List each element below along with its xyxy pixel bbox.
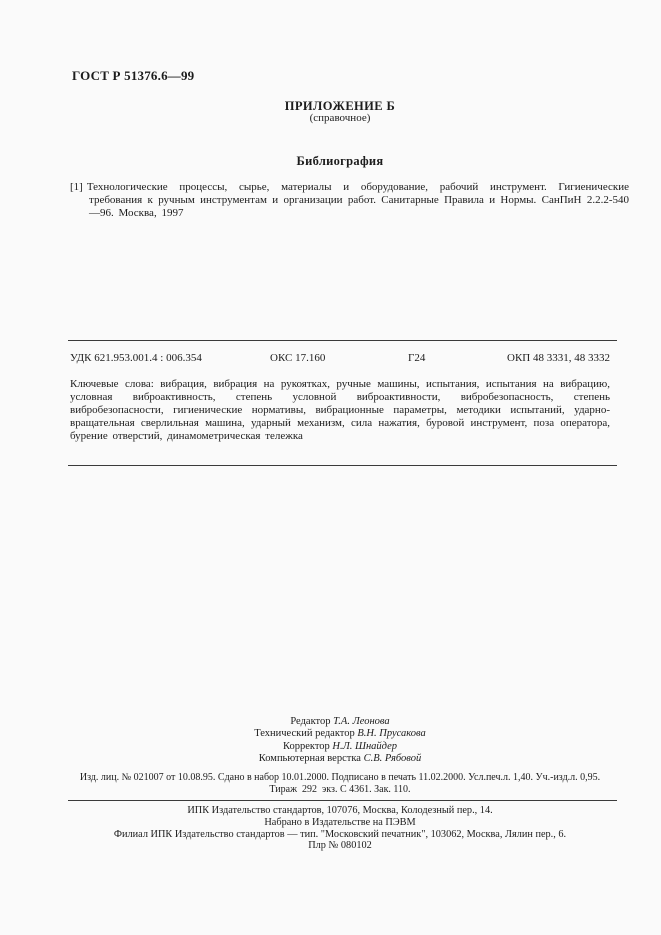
credits-block: Редактор Т.А. Леонова Технический редакт…	[70, 716, 610, 765]
credit-role: Редактор	[290, 716, 330, 727]
oks-code: ОКС 17.160	[270, 352, 325, 364]
publisher-branch: Филиал ИПК Издательство стандартов — тип…	[60, 829, 620, 841]
publisher-plr-number: Плр № 080102	[60, 840, 620, 852]
imprint-line-2: Тираж 292 экз. С 4361. Зак. 110.	[60, 784, 620, 796]
credit-role: Корректор	[283, 741, 330, 752]
publisher-block: ИПК Издательство стандартов, 107076, Мос…	[60, 805, 620, 852]
imprint-block: Изд. лиц. № 021007 от 10.08.95. Сдано в …	[60, 772, 620, 795]
bibliography-heading: Библиография	[70, 154, 610, 169]
credit-line-tech-editor: Технический редактор В.Н. Прусакова	[70, 728, 610, 740]
appendix-subtitle: (справочное)	[70, 112, 610, 124]
credit-line-editor: Редактор Т.А. Леонова	[70, 716, 610, 728]
bibliography-reference: [1]Технологические процессы, сырье, мате…	[70, 181, 629, 220]
credit-line-proofreader: Корректор Н.Л. Шнайдер	[70, 741, 610, 753]
doc-code: ГОСТ Р 51376.6—99	[72, 68, 194, 84]
classification-row: УДК 621.953.001.4 : 006.354 ОКС 17.160 Г…	[70, 352, 610, 366]
okp-code: ОКП 48 3331, 48 3332	[507, 352, 610, 364]
credit-name: Т.А. Леонова	[333, 716, 390, 727]
publisher-typeset-note: Набрано в Издательстве на ПЭВМ	[60, 817, 620, 829]
horizontal-rule-middle	[68, 465, 617, 466]
group-code: Г24	[408, 352, 425, 364]
document-page: ГОСТ Р 51376.6—99 ПРИЛОЖЕНИЕ Б (справочн…	[0, 0, 661, 935]
keywords-paragraph: Ключевые слова: вибрация, вибрация на ру…	[70, 378, 610, 443]
credit-name: В.Н. Прусакова	[357, 728, 425, 739]
horizontal-rule-top	[68, 340, 617, 341]
horizontal-rule-bottom	[68, 800, 617, 801]
credit-role: Технический редактор	[254, 728, 355, 739]
publisher-address: ИПК Издательство стандартов, 107076, Мос…	[60, 805, 620, 817]
credit-role: Компьютерная верстка	[259, 753, 361, 764]
reference-text: Технологические процессы, сырье, материа…	[87, 181, 629, 219]
credit-line-layout: Компьютерная верстка С.В. Рябовой	[70, 753, 610, 765]
credit-name: Н.Л. Шнайдер	[332, 741, 397, 752]
reference-marker: [1]	[70, 181, 87, 193]
udk-code: УДК 621.953.001.4 : 006.354	[70, 352, 202, 364]
credit-name: С.В. Рябовой	[364, 753, 422, 764]
imprint-line-1: Изд. лиц. № 021007 от 10.08.95. Сдано в …	[60, 772, 620, 784]
